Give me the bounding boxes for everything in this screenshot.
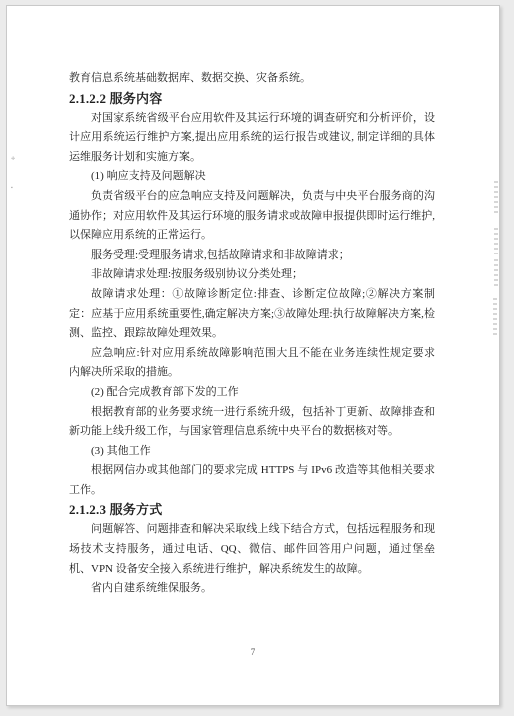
edge-artifact xyxy=(494,228,498,254)
list-item-3: (3) 其他工作 xyxy=(69,442,435,462)
paragraph: 应急响应:针对应用系统故障影响范围大且不能在业务连续性规定要求内解决所采取的措施… xyxy=(69,344,435,383)
paragraph: 非故障请求处理:按服务级别协议分类处理； xyxy=(69,265,435,285)
paragraph: 服务受理:受理服务请求,包括故障请求和非故障请求； xyxy=(69,246,435,266)
list-item-1: (1) 响应支持及问题解决 xyxy=(69,167,435,187)
paragraph: 根据教育部的业务要求统一进行系统升级，包括补丁更新、故障排查和新功能上线升级工作… xyxy=(69,403,435,442)
edge-artifact xyxy=(494,259,498,287)
paragraph: 省内自建系统维保服务。 xyxy=(69,579,435,599)
paragraph: 对国家系统省级平台应用软件及其运行环境的调查研究和分析评价，设计应用系统运行维护… xyxy=(69,109,435,168)
paragraph: 负责省级平台的应急响应支持及问题解决，负责与中央平台服务商的沟通协作；对应用软件… xyxy=(69,187,435,246)
paragraph: 故障请求处理：①故障诊断定位:排查、诊断定位故障;②解决方案制定：应基于应用系统… xyxy=(69,285,435,344)
page-body: 教育信息系统基础数据库、数据交换、灾备系统。 2.1.2.2 服务内容 对国家系… xyxy=(69,69,435,599)
section-heading-service-content: 2.1.2.2 服务内容 xyxy=(69,89,435,109)
margin-speck-icon: ▪ xyxy=(11,186,13,191)
margin-speck-icon: ✛ xyxy=(11,157,15,162)
paragraph: 问题解答、问题排查和解决采取线上线下结合方式，包括远程服务和现场技术支持服务，通… xyxy=(69,520,435,579)
section-heading-service-method: 2.1.2.3 服务方式 xyxy=(69,500,435,520)
paragraph: 根据网信办或其他部门的要求完成 HTTPS 与 IPv6 改造等其他相关要求工作… xyxy=(69,461,435,500)
list-item-2: (2) 配合完成教育部下发的工作 xyxy=(69,383,435,403)
edge-artifact xyxy=(494,181,498,215)
page-number: 7 xyxy=(7,647,499,657)
edge-artifact xyxy=(493,298,497,338)
document-page: 教育信息系统基础数据库、数据交换、灾备系统。 2.1.2.2 服务内容 对国家系… xyxy=(6,5,500,706)
paragraph-continuation: 教育信息系统基础数据库、数据交换、灾备系统。 xyxy=(69,69,435,89)
document-viewer: 教育信息系统基础数据库、数据交换、灾备系统。 2.1.2.2 服务内容 对国家系… xyxy=(0,0,514,716)
